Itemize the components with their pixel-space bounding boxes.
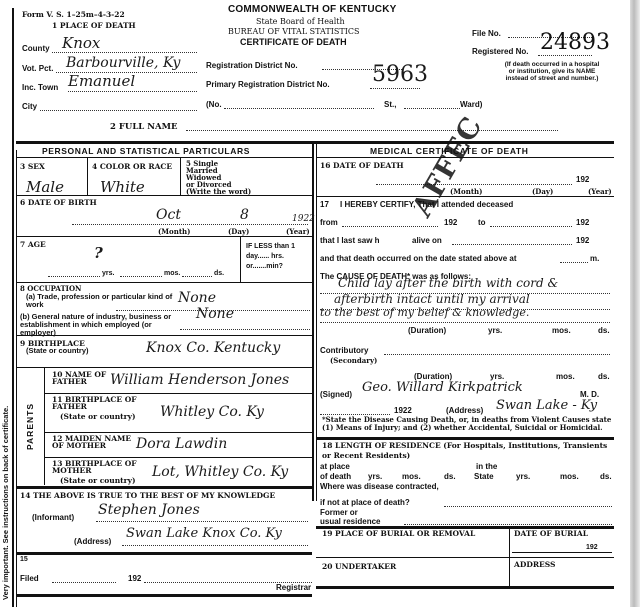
county-value: Knox (62, 34, 100, 52)
race-value: White (100, 178, 145, 196)
dob-label: 6 DATE OF BIRTH (20, 198, 97, 207)
doc-title: COMMONWEALTH OF KENTUCKY (228, 4, 397, 15)
cause-line-2: afterbirth intact until my arrival (334, 292, 530, 306)
age-yrs: yrs. (102, 270, 114, 277)
mother-name-label: 12 MAIDEN NAME OF MOTHER (52, 435, 142, 449)
of-death-label: of death (320, 472, 351, 481)
birthplace-value: Knox Co. Kentucky (146, 340, 280, 356)
state-label: State (474, 472, 494, 481)
duration-label-1: (Duration) (408, 326, 446, 335)
informant-label: (Informant) (32, 513, 74, 522)
sex-label: 3 SEX (20, 162, 45, 171)
in-the-label: in the (476, 462, 497, 471)
res-mos-2: mos. (560, 472, 579, 481)
informant-value: Stephen Jones (98, 502, 200, 518)
informant-address-value: Swan Lake Knox Co. Ky (126, 526, 282, 541)
personal-heading: PERSONAL AND STATISTICAL PARTICULARS (42, 146, 250, 156)
filed-label: Filed (20, 574, 39, 583)
file-no-label: File No. (472, 29, 501, 38)
father-birthplace-label: 11 BIRTHPLACE OF FATHER (52, 396, 142, 410)
burial-label: 19 PLACE OF BURIAL OR REMOVAL (322, 529, 475, 538)
age-ds: ds. (214, 270, 224, 277)
page-edge (630, 0, 640, 607)
res-ds-2: ds. (600, 472, 612, 481)
mother-birthplace-label: 13 BIRTHPLACE OF MOTHER (52, 460, 142, 474)
margin-note: Very important. See instructions on back… (1, 406, 10, 600)
primary-reg-label: Primary Registration District No. (206, 80, 330, 89)
father-birthplace-sub: (State or country) (60, 413, 136, 421)
sex-value: Male (26, 178, 64, 196)
reg-district-label: Registration District No. (206, 61, 298, 70)
less-than-day: IF LESS than 1 day...... hrs. or.......m… (246, 242, 310, 272)
dod-day-label: (Day) (532, 187, 553, 196)
burial-year: 192 (586, 544, 598, 551)
ward-label: Ward) (460, 100, 482, 109)
duration-mos-1: mos. (552, 326, 571, 335)
signed-label: (Signed) (320, 390, 352, 399)
father-name-value: William Henderson Jones (110, 372, 289, 388)
day-label: (Day) (228, 227, 249, 236)
inc-town-label: Inc. Town (22, 83, 58, 92)
filed-year: 192 (128, 574, 141, 583)
informant-address-label: (Address) (74, 537, 111, 546)
burial-date-label: DATE OF BURIAL (514, 529, 588, 538)
contracted-label: Where was disease contracted, (320, 482, 439, 491)
m-label: m. (590, 254, 599, 263)
certificate-title: CERTIFICATE OF DEATH (240, 37, 347, 47)
secondary-label: (Secondary) (330, 356, 377, 365)
at-place-label: at place (320, 462, 350, 471)
county-label: County (22, 44, 50, 53)
dob-month: Oct (156, 207, 181, 223)
mother-name-value: Dora Lawdin (136, 436, 227, 452)
inc-town-value: Emanuel (68, 72, 135, 90)
month-label: (Month) (158, 227, 190, 236)
age-value: ? (94, 244, 103, 262)
usual-residence-label: usual residence (320, 517, 380, 526)
father-name-label: 10 NAME OF FATHER (52, 371, 114, 385)
parents-label: PARENTS (25, 403, 35, 450)
occurred-label: and that death occurred on the date stat… (320, 254, 516, 263)
dod-year-label: (Year) (588, 187, 612, 196)
occupation-a-label: (a) Trade, profession or particular kind… (26, 293, 176, 309)
dod-label: 16 DATE OF DEATH (320, 161, 404, 170)
sec15-label: 15 (20, 556, 28, 563)
no-label: (No. (206, 100, 222, 109)
duration-mos-2: mos. (556, 372, 575, 381)
occupation-a-value: None (178, 290, 216, 306)
registrar-label: Registrar (276, 583, 311, 592)
bureau: BUREAU OF VITAL STATISTICS (228, 27, 359, 36)
cause-line-3: to the best of my belief & knowledge. (320, 306, 529, 319)
doctor-address-value: Swan Lake - Ky (496, 398, 597, 413)
to-year: 192 (576, 218, 589, 227)
residence-label: 18 LENGTH OF RESIDENCE (For Hospitals, I… (322, 441, 612, 461)
birthplace-sub: (State or country) (26, 347, 89, 355)
place-of-death-heading: 1 PLACE OF DEATH (52, 21, 136, 30)
father-birthplace-value: Whitley Co. Ky (160, 404, 264, 420)
true-statement: 14 THE ABOVE IS TRUE TO THE BEST OF MY K… (20, 491, 275, 500)
res-yrs-1: yrs. (368, 472, 382, 481)
alive-year: 192 (576, 236, 589, 245)
sign-year: 1922 (394, 406, 412, 415)
doctor-address-label: (Address) (446, 406, 483, 415)
alive-on-label: alive on (412, 236, 442, 245)
duration-ds-2: ds. (598, 372, 610, 381)
left-border (12, 8, 14, 607)
duration-yrs-1: yrs. (488, 326, 502, 335)
occupation-b-value: None (196, 306, 234, 322)
marital-status-label: 5 Single Married Widowed or Divorced (Wr… (186, 160, 251, 195)
form-id: Form V. S. 1–25m–4-3-22 (22, 10, 125, 19)
undertaker-label: 20 UNDERTAKER (322, 562, 396, 571)
age-label: 7 AGE (20, 240, 46, 249)
year-label: (Year) (286, 227, 310, 236)
former-label: Former or (320, 508, 358, 517)
city-label: City (22, 102, 37, 111)
full-name-label: 2 FULL NAME (110, 122, 178, 132)
vot-pct-value: Barbourville, Ky (66, 55, 180, 71)
hospital-note: (If death occurred in a hospital or inst… (502, 61, 602, 82)
from-year: 192 (444, 218, 457, 227)
mother-birthplace-value: Lot, Whitley Co. Ky (152, 464, 288, 480)
state-board: State Board of Health (256, 17, 345, 26)
dob-year: 1922 (292, 214, 315, 224)
res-mos-1: mos. (402, 472, 421, 481)
left-inner-border (16, 150, 17, 607)
dod-year: 192 (576, 175, 589, 184)
not-at-place-label: if not at place of death? (320, 498, 410, 507)
res-yrs-2: yrs. (516, 472, 530, 481)
registered-no: 24893 (540, 30, 610, 55)
undertaker-address-label: ADDRESS (514, 560, 555, 569)
mother-birthplace-sub: (State or country) (60, 477, 136, 485)
res-ds-1: ds. (444, 472, 456, 481)
to-label: to (478, 218, 486, 227)
duration-ds-1: ds. (598, 326, 610, 335)
contributory-label: Contributory (320, 346, 368, 355)
race-label: 4 COLOR OR RACE (92, 162, 172, 171)
from-label: from (320, 218, 338, 227)
last-saw-label: that I last saw h (320, 236, 380, 245)
age-mos: mos. (164, 270, 180, 277)
registered-no-label: Registered No. (472, 47, 528, 56)
primary-reg-value: 5963 (372, 62, 428, 87)
vot-pct-label: Vot. Pct. (22, 64, 53, 73)
signed-value: Geo. Willard Kirkpatrick (362, 380, 523, 395)
dod-month-label: (Month) (450, 187, 482, 196)
footnote: *State the Disease Causing Death, or, in… (322, 416, 614, 431)
cause-line-1: Child lay after the birth with cord & (338, 276, 558, 290)
dob-day: 8 (240, 207, 249, 223)
center-divider (312, 141, 314, 501)
occupation-b-label: (b) General nature of industry, business… (20, 313, 180, 337)
st-label: St., (384, 100, 396, 109)
